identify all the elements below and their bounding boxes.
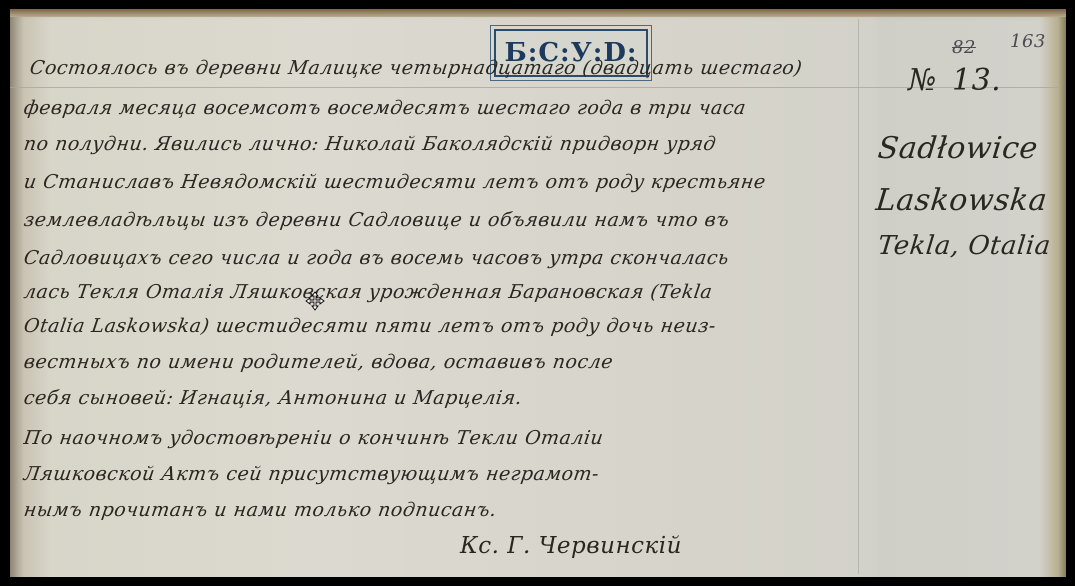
text-line: себя сыновей: Игнація, Антонина и Марцел…	[22, 387, 523, 409]
margin-village-name: Sadłowice	[876, 131, 1039, 166]
text-line: февраля месяца восемсотъ восемдесятъ шес…	[22, 97, 747, 119]
margin-page-number-old: 82	[952, 37, 976, 58]
page-top-edge	[10, 9, 1066, 17]
text-line: Садловицахъ сего числа и года въ восемь …	[22, 247, 730, 269]
text-line: нымъ прочитанъ и нами только подписанъ.	[22, 499, 498, 521]
text-line: вестныхъ по имени родителей, вдова, оста…	[22, 351, 614, 373]
priest-signature: Кс. Г. Червинскій	[460, 533, 682, 559]
margin-column-divider	[858, 19, 859, 574]
record-number: 13.	[952, 63, 1001, 98]
document-page: Б:С:У:D: 82 163 № 13. Sadłowice Laskowsk…	[10, 9, 1066, 577]
text-line: землевладѣльцы изъ деревни Садловице и о…	[22, 209, 730, 231]
text-line: Состоялось въ деревни Малицке четырнадца…	[28, 57, 803, 79]
text-line: лась Текля Оталія Ляшковская урожденная …	[22, 281, 713, 303]
margin-page-number: 163	[1010, 31, 1046, 52]
margin-given-names: Tekla, Otalia	[876, 231, 1052, 261]
image-viewer: Б:С:У:D: 82 163 № 13. Sadłowice Laskowsk…	[0, 0, 1075, 586]
text-line: и Станиславъ Невядомскій шестидесяти лет…	[22, 171, 767, 193]
move-cursor-icon	[305, 291, 325, 311]
text-line: Otalia Laskowska) шестидесяти пяти летъ …	[22, 315, 717, 337]
margin-surname: Laskowska	[874, 183, 1049, 218]
text-line: по полудни. Явились лично: Николай Бакол…	[22, 133, 717, 155]
text-line: По наочномъ удостовѣреніи о кончинѣ Текл…	[22, 427, 604, 449]
record-number-label: №	[908, 63, 937, 98]
ruled-line	[10, 87, 858, 88]
text-line: Ляшковской Актъ сей присутствующимъ негр…	[22, 463, 600, 485]
